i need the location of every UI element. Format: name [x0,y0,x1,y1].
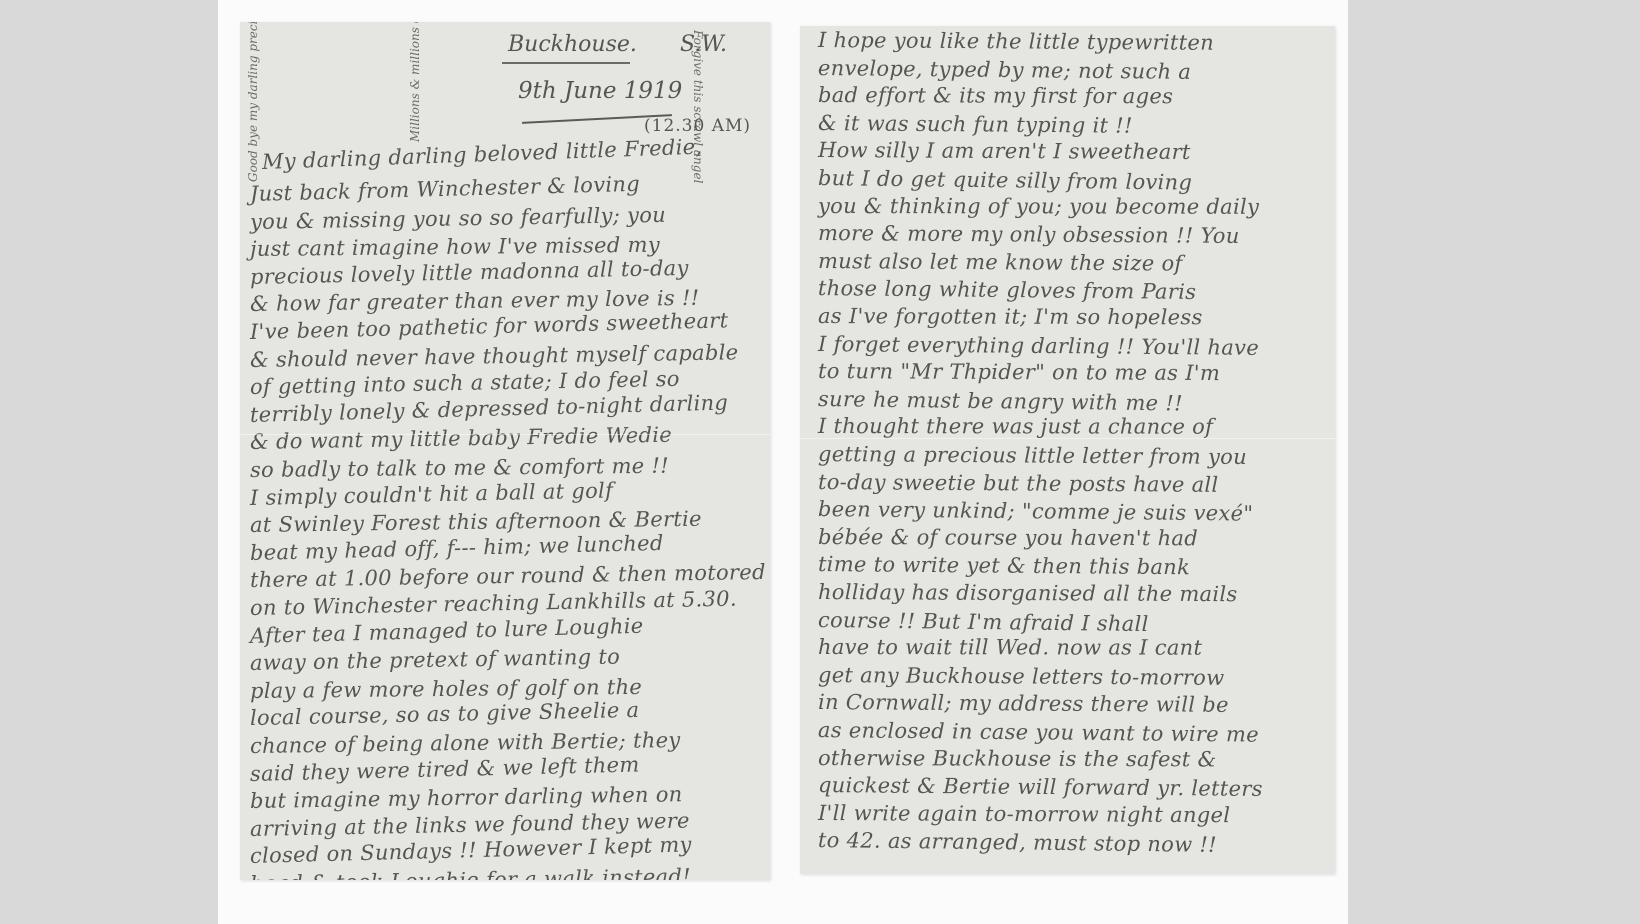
margin-note-kisses: Millions & millions of kisses from you o… [408,32,423,142]
handwritten-line: holliday has disorganised all the mails [818,580,1238,606]
handwritten-line: getting a precious little letter from yo… [818,442,1247,469]
handwritten-line: been very unkind; "comme je suis vexé" [818,497,1254,526]
handwritten-line: as I've forgotten it; I'm so hopeless [818,304,1203,329]
handwritten-line: those long white gloves from Paris [818,276,1197,304]
letter-address: Buckhouse. [508,32,637,57]
handwritten-line: envelope, typed by me; not such a [818,56,1191,84]
handwritten-line: but I do get quite silly from loving [818,166,1193,195]
handwritten-line: otherwise Buckhouse is the safest & [818,746,1217,771]
handwritten-line: to turn "Mr Thpider" on to me as I'm [818,359,1220,385]
handwritten-line: head & took Loughie for a walk instead! [250,864,691,880]
letter-time: (12.30 AM) [644,116,751,136]
handwritten-line: to 42. as arranged, must stop now !! [818,828,1217,857]
letter-page-left: Good bye my darling precious lovely litt… [240,22,770,880]
handwritten-line: sure he must be angry with me !! [818,387,1183,415]
handwritten-line: bébée & of course you haven't had [818,525,1198,550]
handwritten-line: Just back from Winchester & loving [250,172,641,206]
address-underline [502,62,630,64]
handwritten-line: must also let me know the size of [818,249,1183,276]
handwritten-line: as enclosed in case you want to wire me [818,718,1259,747]
handwritten-line: more & more my only obsession !! You [818,221,1240,248]
handwritten-line: have to wait till Wed. now as I cant [818,635,1202,660]
handwritten-line: course !! But I'm afraid I shall [818,608,1149,636]
handwritten-line: & it was such fun typing it !! [818,111,1133,138]
paper-fold [800,438,1335,439]
handwritten-line: but imagine my horror darling when on [250,782,683,813]
handwritten-line: away on the pretext of wanting to [250,645,620,675]
handwritten-line: time to write yet & then this bank [818,552,1190,579]
handwritten-line: & do want my little baby Fredie Wedie [250,423,672,454]
letter-district: S.W. [680,32,727,57]
paper-fold [240,434,770,435]
handwritten-line: on to Winchester reaching Lankhills at 5… [250,587,737,620]
handwritten-line: I simply couldn't hit a ball at golf [250,478,614,510]
handwritten-line: precious lovely little madonna all to-da… [250,256,689,289]
letter-date: 9th June 1919 [518,78,682,104]
handwritten-line: I thought there was just a chance of [818,414,1213,439]
handwritten-line: get any Buckhouse letters to-morrow [818,663,1225,690]
salutation: My darling darling beloved little Fredie… [262,135,703,174]
handwritten-line: I hope you like the little typewritten [818,28,1214,55]
handwritten-line: you & thinking of you; you become daily [818,194,1259,219]
handwritten-line: in Cornwall; my address there will be [818,690,1229,717]
handwritten-line: How silly I am aren't I sweetheart [818,138,1191,164]
handwritten-line: bad effort & its my first for ages [818,83,1173,108]
handwritten-line: I'll write again to-morrow night angel [818,801,1230,827]
margin-note-goodbye: Good bye my darling precious lovely litt… [246,32,261,182]
handwritten-line: local course, so as to give Sheelie a [250,698,640,730]
handwritten-line: you & missing you so so fearfully; you [250,202,666,233]
handwritten-line: quickest & Bertie will forward yr. lette… [818,773,1263,801]
letter-page-right: I hope you like the little typewrittenen… [800,26,1335,874]
handwritten-line: I forget everything darling !! You'll ha… [818,332,1259,360]
handwritten-line: to-day sweetie but the posts have all [818,470,1219,497]
